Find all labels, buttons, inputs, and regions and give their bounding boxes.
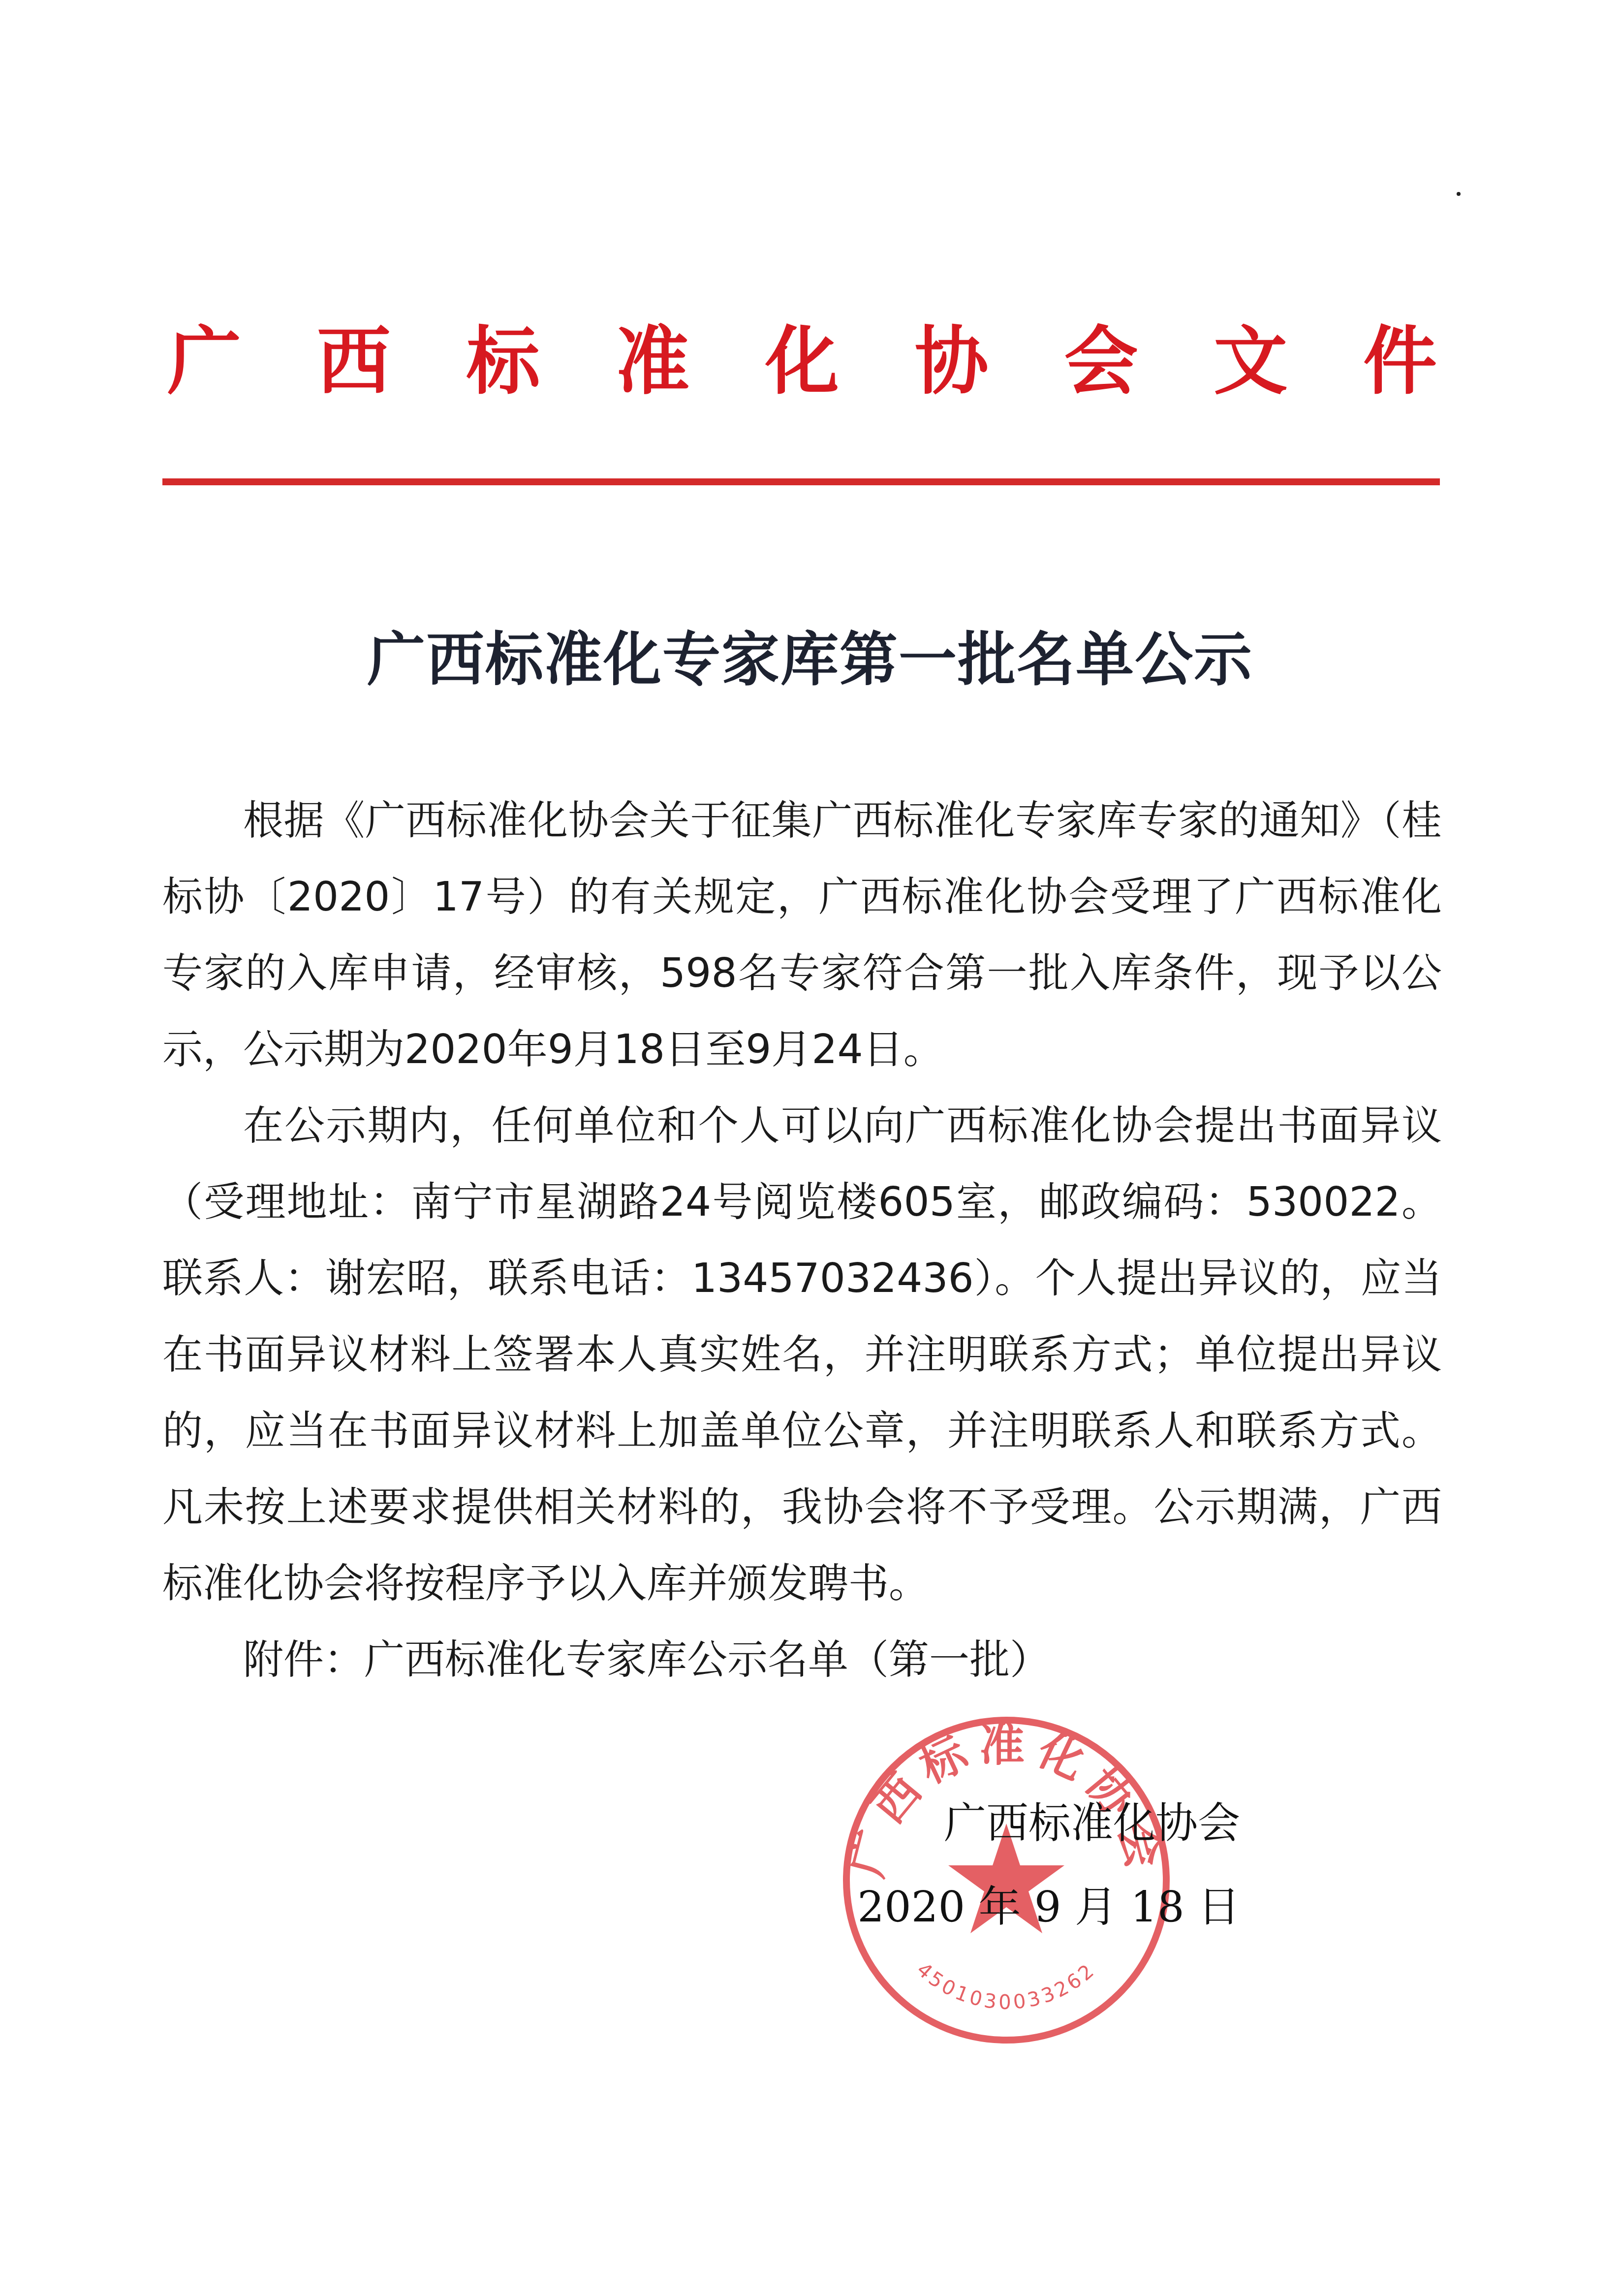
body-paragraph: 根据《广西标准化协会关于征集广西标准化专家库专家的通知》（桂标协〔2020〕17… bbox=[162, 783, 1442, 1088]
letterhead-divider bbox=[162, 478, 1440, 485]
letterhead: 广 西 标 准 化 协 会 文 件 bbox=[162, 320, 1442, 404]
letterhead-char: 件 bbox=[1358, 320, 1442, 404]
seal-code-text: 4501030033262 bbox=[912, 1958, 1100, 2014]
letterhead-char: 准 bbox=[611, 320, 694, 404]
svg-text:4501030033262: 4501030033262 bbox=[912, 1958, 1100, 2014]
letterhead-char: 西 bbox=[312, 320, 396, 404]
letterhead-char: 文 bbox=[1209, 320, 1292, 404]
letterhead-char: 广 bbox=[162, 320, 246, 404]
body-paragraph: 在公示期内，任何单位和个人可以向广西标准化协会提出书面异议（受理地址：南宁市星湖… bbox=[162, 1088, 1442, 1622]
scan-speck bbox=[1457, 192, 1461, 196]
letterhead-char: 协 bbox=[910, 320, 994, 404]
document-body: 根据《广西标准化协会关于征集广西标准化专家库专家的通知》（桂标协〔2020〕17… bbox=[162, 783, 1442, 1698]
document-title: 广西标准化专家库第一批名单公示 bbox=[0, 625, 1620, 694]
attachment-note: 附件：广西标准化专家库公示名单（第一批） bbox=[162, 1622, 1442, 1698]
signature-block: 广西标准化协会 2020 年 9 月 18 日 bbox=[837, 1782, 1240, 1949]
signature-date: 2020 年 9 月 18 日 bbox=[837, 1865, 1240, 1949]
letterhead-char: 会 bbox=[1059, 320, 1143, 404]
signature-org: 广西标准化协会 bbox=[837, 1782, 1240, 1865]
letterhead-char: 标 bbox=[462, 320, 545, 404]
letterhead-char: 化 bbox=[760, 320, 844, 404]
